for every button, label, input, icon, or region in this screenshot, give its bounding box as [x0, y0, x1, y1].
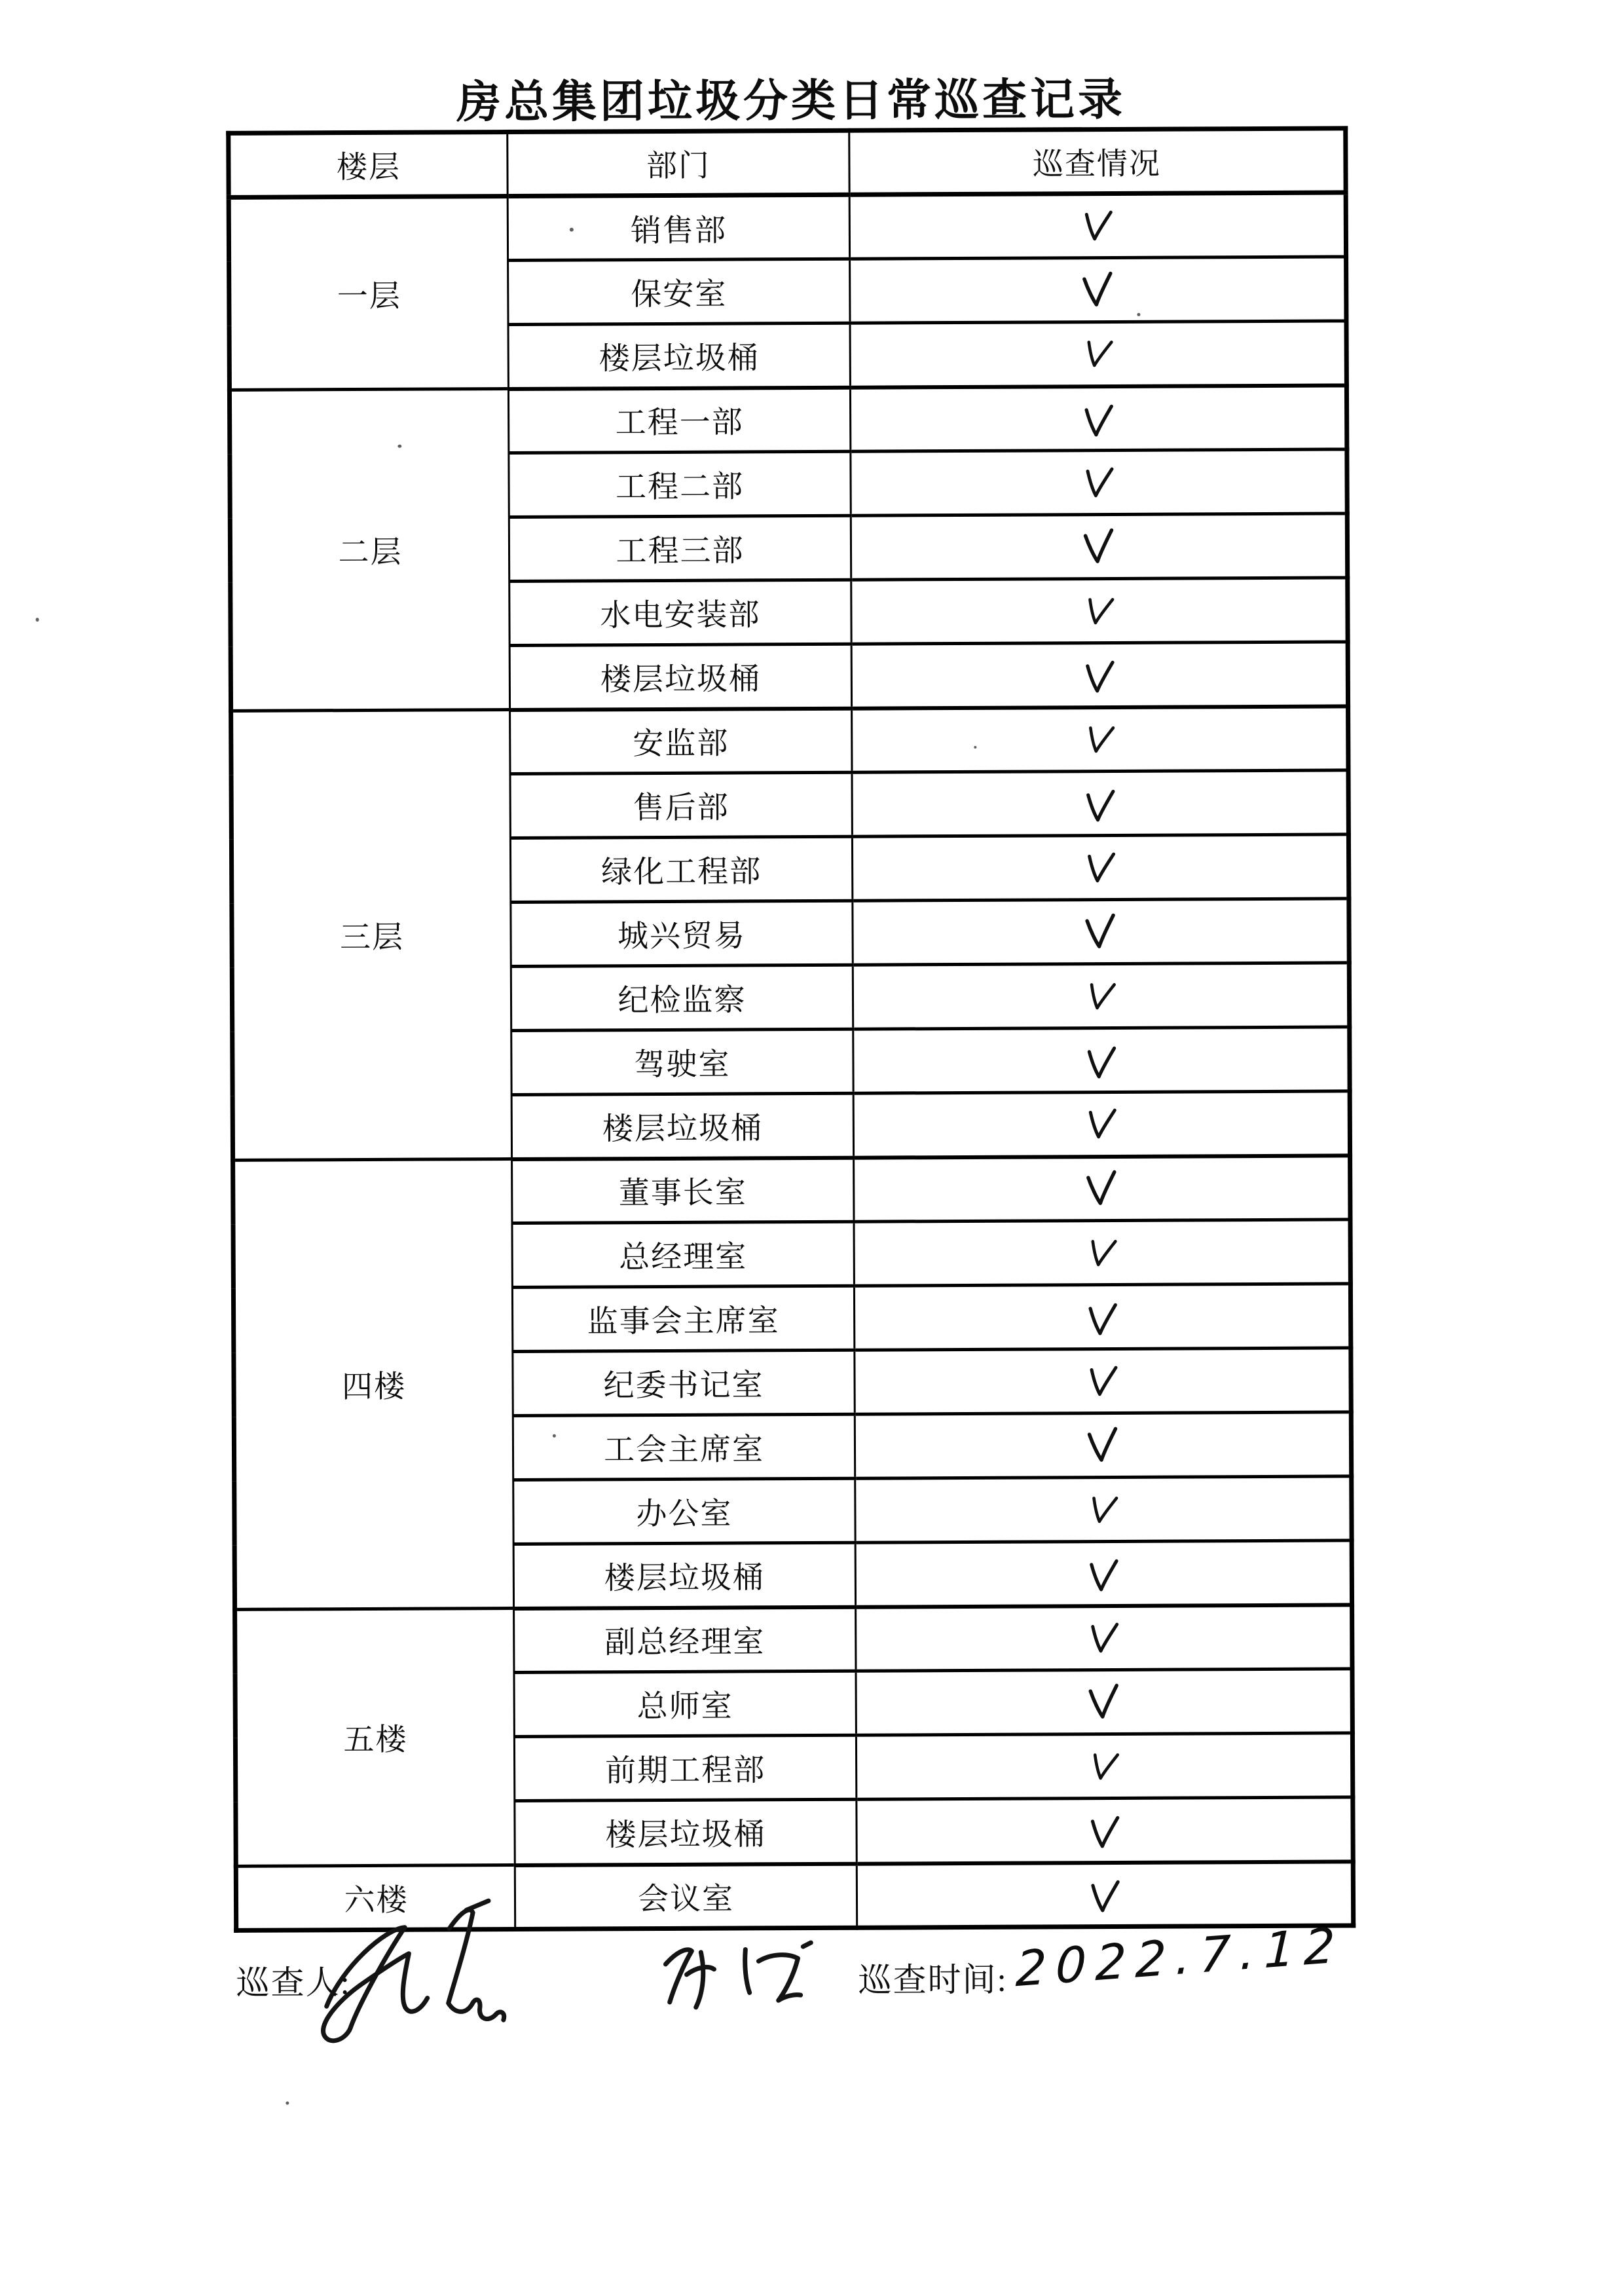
- inspection-status-cell: [857, 1861, 1353, 1928]
- department-cell: 工会主席室: [513, 1414, 855, 1480]
- checkmark-icon: [1085, 1811, 1123, 1856]
- table-row: 一层销售部: [229, 193, 1346, 261]
- inspection-status-cell: [856, 1605, 1352, 1671]
- department-cell: 会议室: [515, 1863, 857, 1929]
- checkmark-icon: [1080, 656, 1118, 700]
- checkmark-icon: [1080, 718, 1118, 760]
- inspection-status-cell: [854, 1155, 1350, 1222]
- inspection-status-cell: [853, 899, 1349, 965]
- scan-speck: [1137, 313, 1140, 316]
- department-cell: 董事长室: [512, 1157, 854, 1223]
- inspection-status-cell: [852, 834, 1348, 901]
- inspection-time-label: 巡查时间:: [858, 1952, 1007, 2002]
- checkmark-icon: [1085, 1745, 1122, 1787]
- department-cell: 纪委书记室: [513, 1350, 855, 1415]
- floor-cell: 二层: [229, 389, 509, 711]
- inspection-status-cell: [849, 193, 1346, 259]
- floor-cell: 五楼: [235, 1608, 515, 1866]
- checkmark-icon: [1079, 333, 1116, 375]
- inspector-signature-1: [301, 1894, 564, 2059]
- department-cell: 售后部: [510, 772, 852, 838]
- scan-speck: [553, 1434, 556, 1438]
- department-cell: 楼层垃圾桶: [508, 323, 850, 388]
- col-header-department: 部门: [507, 130, 849, 196]
- department-cell: 安监部: [510, 708, 852, 774]
- department-cell: 楼层垃圾桶: [515, 1799, 857, 1865]
- checkmark-icon: [1085, 1616, 1122, 1660]
- department-cell: 纪检监察: [511, 965, 853, 1030]
- inspection-status-cell: [854, 1284, 1350, 1350]
- checkmark-icon: [1083, 1297, 1121, 1342]
- department-cell: 楼层垃圾桶: [511, 1093, 853, 1159]
- department-cell: 办公室: [513, 1478, 855, 1544]
- checkmark-icon: [1081, 1421, 1124, 1470]
- col-header-floor: 楼层: [229, 132, 507, 198]
- checkmark-icon: [1084, 1360, 1120, 1403]
- checkmark-icon: [1076, 265, 1119, 315]
- inspection-status-cell: [854, 1220, 1350, 1286]
- table-row: 二层工程一部: [229, 385, 1346, 454]
- document-title: 房总集团垃圾分类日常巡查记录: [0, 62, 1587, 133]
- checkmark-icon: [1081, 784, 1119, 829]
- col-header-status: 巡查情况: [849, 128, 1346, 195]
- inspection-status-cell: [850, 321, 1346, 387]
- inspection-status-cell: [852, 770, 1348, 836]
- checkmark-icon: [1082, 1677, 1125, 1727]
- department-cell: 工程三部: [509, 515, 851, 581]
- inspection-status-cell: [855, 1540, 1352, 1607]
- checkmark-icon: [1077, 522, 1120, 572]
- inspection-status-cell: [855, 1476, 1352, 1542]
- inspection-status-cell: [853, 1091, 1350, 1157]
- inspection-status-cell: [851, 513, 1347, 580]
- inspection-status-cell: [851, 449, 1347, 515]
- checkmark-icon: [1083, 1231, 1120, 1274]
- scan-speck: [35, 618, 39, 622]
- inspection-status-cell: [856, 1669, 1352, 1735]
- inspection-status-cell: [856, 1733, 1352, 1799]
- scan-speck: [397, 445, 401, 448]
- header-row: 楼层 部门 巡查情况: [229, 128, 1346, 197]
- table-row: 五楼副总经理室: [235, 1605, 1352, 1673]
- inspection-status-cell: [857, 1797, 1353, 1863]
- floor-cell: 三层: [231, 710, 512, 1161]
- inspection-status-cell: [851, 578, 1348, 644]
- department-cell: 工程二部: [509, 451, 851, 517]
- department-cell: 楼层垃圾桶: [509, 644, 851, 709]
- inspection-status-cell: [852, 706, 1348, 772]
- checkmark-icon: [1080, 461, 1116, 504]
- checkmark-icon: [1080, 1164, 1123, 1214]
- floor-cell: 一层: [229, 196, 508, 390]
- table-row: 三层安监部: [231, 706, 1348, 775]
- department-cell: 保安室: [508, 259, 850, 324]
- document-page: 房总集团垃圾分类日常巡查记录 楼层 部门 巡查情况 一层销售部保安室楼层垃圾桶二…: [0, 0, 1624, 2295]
- checkmark-icon: [1082, 1103, 1119, 1146]
- department-cell: 工程一部: [508, 387, 850, 453]
- checkmark-icon: [1079, 204, 1115, 248]
- inspection-status-cell: [855, 1348, 1351, 1414]
- department-cell: 绿化工程部: [510, 836, 852, 902]
- checkmark-icon: [1084, 1488, 1121, 1531]
- scan-speck: [286, 2101, 289, 2104]
- checkmark-icon: [1082, 846, 1118, 889]
- checkmark-icon: [1079, 907, 1122, 957]
- inspection-status-cell: [855, 1412, 1351, 1478]
- department-cell: 销售部: [507, 195, 849, 260]
- checkmark-icon: [1079, 399, 1117, 443]
- department-cell: 前期工程部: [514, 1735, 856, 1801]
- inspection-status-cell: [850, 257, 1346, 323]
- table-header: 楼层 部门 巡查情况: [229, 128, 1346, 197]
- table-body: 一层销售部保安室楼层垃圾桶二层工程一部工程二部工程三部水电安装部楼层垃圾桶三层安…: [229, 193, 1354, 1930]
- department-cell: 驾驶室: [511, 1029, 853, 1094]
- department-cell: 城兴贸易: [511, 901, 853, 966]
- inspection-status-cell: [851, 642, 1348, 708]
- checkmark-icon: [1086, 1875, 1124, 1920]
- department-cell: 总经理室: [512, 1222, 854, 1287]
- department-cell: 副总经理室: [514, 1607, 856, 1672]
- scan-speck: [570, 228, 574, 232]
- checkmark-icon: [1080, 589, 1117, 632]
- checkmark-icon: [1084, 1554, 1122, 1599]
- table-row: 四楼董事长室: [233, 1155, 1350, 1224]
- inspector-signature-2: [648, 1932, 826, 2024]
- department-cell: 水电安装部: [509, 580, 851, 645]
- checkmark-icon: [1082, 975, 1119, 1017]
- inspection-table: 楼层 部门 巡查情况 一层销售部保安室楼层垃圾桶二层工程一部工程二部工程三部水电…: [226, 126, 1356, 1932]
- inspection-status-cell: [853, 963, 1349, 1029]
- checkmark-icon: [1082, 1041, 1120, 1085]
- inspection-status-cell: [850, 385, 1346, 451]
- department-cell: 监事会主席室: [512, 1286, 854, 1351]
- scan-speck: [974, 746, 976, 749]
- department-cell: 总师室: [514, 1671, 856, 1736]
- inspection-status-cell: [853, 1027, 1350, 1093]
- department-cell: 楼层垃圾桶: [513, 1542, 855, 1608]
- floor-cell: 四楼: [233, 1159, 514, 1610]
